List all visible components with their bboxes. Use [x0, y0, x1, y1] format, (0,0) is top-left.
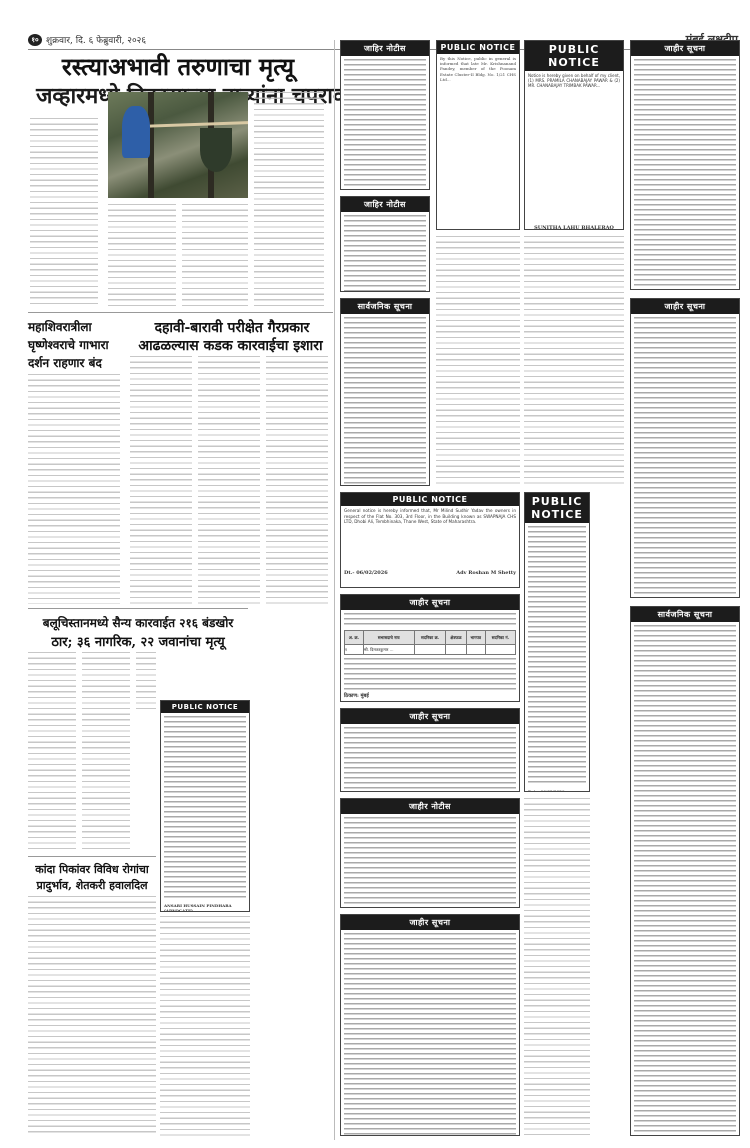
story3-headline-2: आढळल्यास कडक कारवाईचा इशारा — [128, 336, 333, 355]
lead-story-column-2 — [108, 204, 176, 308]
notice-title: PUBLIC NOTICE — [525, 41, 623, 71]
date-line: शुक्रवार, दि. ६ फेब्रुवारी, २०२६ — [46, 33, 146, 46]
notice-signatory: SUNITHA LAHU BHALERAO — [525, 225, 623, 230]
story4-headline-1: बलूचिस्तानमध्ये सैन्य कारवाईत २१६ बंडखोर — [28, 614, 248, 631]
notice-title: सार्वजनिक सूचना — [341, 299, 429, 314]
jahir-suchana-mid-2: जाहीर सूचना — [340, 708, 520, 792]
members-table: अ. क्र. सभासदाचे नाव सदनिका क्र. क्षेत्र… — [344, 630, 516, 655]
story5-headline-1: कांदा पिकांवर विविध रोगांचा — [28, 862, 156, 877]
jahir-suchana-table-notice: जाहीर सूचना अ. क्र. सभासदाचे नाव सदनिका … — [340, 594, 520, 702]
story4-column-1 — [28, 652, 76, 852]
jahir-notice-bottom: जाहीर नोटीस — [340, 798, 520, 908]
notice-title: PUBLIC NOTICE — [437, 41, 519, 54]
col-header: सभासदाचे नाव — [363, 631, 414, 645]
jahir-suchana-right-2: जाहीर सूचना — [630, 298, 740, 598]
table-row: १ श्री. दिनकरकुमार ... — [345, 645, 516, 655]
jahir-notice-top: जाहिर नोटीस — [340, 40, 430, 190]
divider — [28, 312, 333, 313]
public-notice-krishnanand: PUBLIC NOTICE By this Notice, public in … — [436, 40, 520, 230]
notice-body — [344, 317, 426, 486]
notice-body — [164, 716, 246, 900]
col-header: भागपत्र — [466, 631, 485, 645]
divider — [28, 856, 156, 857]
marathi-notice-body-2 — [524, 798, 590, 1136]
notice-body — [634, 59, 736, 290]
page-number-badge: १० — [28, 34, 42, 46]
notice-body — [344, 817, 516, 908]
jahir-notice-mid: जाहिर नोटीस — [340, 196, 430, 292]
notice-body: General notice is hereby informed that, … — [344, 508, 516, 568]
story2-headline-2: घृष्णेश्वराचे गाभारा — [28, 336, 128, 353]
public-notice-gulnar: PUBLIC NOTICE ANSARI HUSSAIN PINDHARA (A… — [160, 700, 250, 912]
notice-signatory: Adv Roshan M Shetty — [456, 570, 516, 576]
notice-title: जाहीर सूचना — [631, 299, 739, 314]
notice-date: Dt.- 06/02/2026 — [344, 570, 388, 576]
col-header: सदनिका नं. — [485, 631, 515, 645]
notice-title: PUBLIC NOTICE — [341, 493, 519, 506]
notice-signatory: ANSARI HUSSAIN PINDHARA (ADVOCATE) — [161, 903, 249, 912]
story4-column-3 — [136, 652, 156, 712]
notice-date: Date: 06/02/2026 — [525, 789, 589, 792]
notice-body — [344, 933, 516, 1136]
divider — [28, 608, 248, 609]
notice-body — [344, 215, 426, 292]
notice-title: जाहीर नोटीस — [341, 799, 519, 814]
notice-body — [634, 317, 736, 598]
notice-body — [634, 625, 736, 1136]
notice-intro — [344, 613, 516, 627]
story3-column-1 — [130, 356, 192, 604]
lead-story-column-3 — [182, 204, 248, 308]
public-notice-shraddha: PUBLIC NOTICE Date: 06/02/2026 — [524, 492, 590, 792]
notice-body: Notice is hereby given on behalf of my c… — [528, 73, 620, 223]
story2-headline-1: महाशिवरात्रीला — [28, 318, 128, 335]
notice-title: जाहीर सूचना — [341, 709, 519, 724]
jahir-suchana-right-1: जाहीर सूचना — [630, 40, 740, 290]
notice-title: PUBLIC NOTICE — [161, 701, 249, 713]
col-header: क्षेत्रफळ — [446, 631, 466, 645]
samavihit-notice: सार्वजनिक सूचना — [340, 298, 430, 486]
notice-title: जाहिर नोटीस — [341, 41, 429, 56]
notice-title: जाहिर नोटीस — [341, 197, 429, 212]
story2-headline-3: दर्शन राहणार बंद — [28, 354, 128, 371]
jahir-suchana-bottom: जाहीर सूचना — [340, 914, 520, 1136]
marathi-notice-body — [436, 236, 520, 486]
story5-body-2 — [160, 916, 250, 1136]
notice-body — [344, 658, 516, 690]
notice-title: जाहीर सूचना — [631, 41, 739, 56]
lead-story-column-4 — [254, 92, 324, 308]
page-number: १० शुक्रवार, दि. ६ फेब्रुवारी, २०२६ — [28, 33, 146, 46]
marathi-notice-body-3 — [524, 236, 624, 486]
public-notice-milind-yadav: PUBLIC NOTICE General notice is hereby i… — [340, 492, 520, 588]
lead-story-column-1 — [30, 118, 98, 306]
story4-headline-2: ठार; ३६ नागरिक, २२ जवानांचा मृत्यू — [28, 632, 248, 650]
notice-body: By this Notice, public in general is inf… — [440, 56, 516, 230]
notice-body — [344, 59, 426, 190]
notice-title: जाहीर सूचना — [341, 915, 519, 930]
public-notice-pawar: PUBLIC NOTICE Notice is hereby given on … — [524, 40, 624, 230]
notice-body — [528, 526, 586, 786]
samavihit-suchana-right: सार्वजनिक सूचना — [630, 606, 740, 1136]
story3-column-3 — [266, 356, 328, 604]
notice-place: ठिकाण: मुंबई — [341, 693, 519, 699]
notice-body — [344, 727, 516, 792]
lead-story-photo — [108, 92, 248, 198]
story2-body — [28, 374, 120, 604]
col-header: सदनिका क्र. — [414, 631, 446, 645]
story5-headline-2: प्रादुर्भाव, शेतकरी हवालदिल — [28, 878, 156, 893]
column-divider — [334, 40, 335, 1140]
notice-title: जाहीर सूचना — [341, 595, 519, 610]
story5-body — [28, 896, 156, 1136]
story3-headline-1: दहावी-बारावी परीक्षेत गैरप्रकार — [132, 318, 332, 337]
col-header: अ. क्र. — [345, 631, 364, 645]
story3-column-2 — [198, 356, 260, 604]
lead-headline-1: रस्त्याअभावी तरुणाचा मृत्यू — [28, 50, 328, 83]
notice-title: PUBLIC NOTICE — [525, 493, 589, 523]
notice-title: सार्वजनिक सूचना — [631, 607, 739, 622]
story4-column-2 — [82, 652, 130, 852]
